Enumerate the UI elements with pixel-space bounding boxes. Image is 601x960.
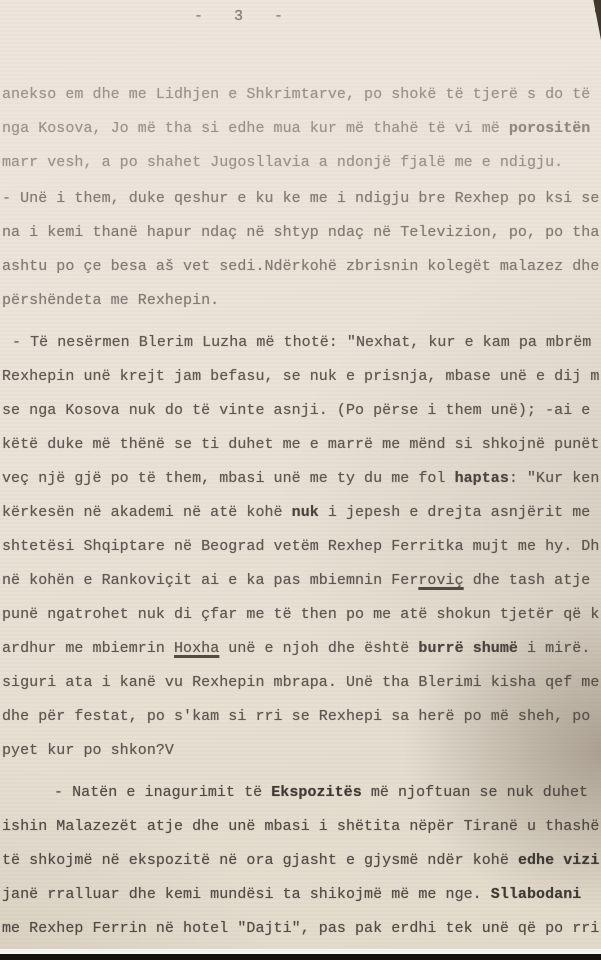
text-line: pyet kur po shkon?V <box>2 734 601 768</box>
text-line: këtë duke më thënë se ti duhet me e marr… <box>2 428 601 462</box>
text-line: - Natën e inagurimit të Ekspozitës më nj… <box>2 776 601 810</box>
paper-edge-mark <box>595 2 600 13</box>
paragraph: - Të nesërmen Blerim Luzha më thotë: "Ne… <box>2 326 601 768</box>
text-line: siguri ata i kanë vu Rexhepin mbrapa. Un… <box>2 666 601 700</box>
text-line: me Rexhep Ferrin në hotel "Dajti", pas p… <box>2 912 601 946</box>
text-line: veç një gjë po të them, mbasi unë me ty … <box>2 462 601 496</box>
scanned-page-photo: - 3 - anekso em dhe me Lidhjen e Shkrimt… <box>0 0 601 960</box>
text-line: në kohën e Rankoviçit ai e ka pas mbiemn… <box>2 564 601 598</box>
text-line: shtetësi Shqiptare në Beograd vetëm Rexh… <box>2 530 601 564</box>
text-line: janë rralluar dhe kemi mundësi ta shikoj… <box>2 878 601 912</box>
text-line: - Të nesërmen Blerim Luzha më thotë: "Ne… <box>2 326 601 360</box>
text-line: përshëndeta me Rexhepin. <box>2 284 601 318</box>
text-line: punë ngatrohet nuk di çfar me të then po… <box>2 598 601 632</box>
text-line: ishin Malazezët atje dhe unë mbasi i shë… <box>2 810 601 844</box>
page-number: - 3 - <box>194 8 292 25</box>
text-line: marr vesh, a po shahet Jugosllavia a ndo… <box>2 146 601 180</box>
document-text-block: anekso em dhe me Lidhjen e Shkrimtarve, … <box>2 78 601 946</box>
paragraph: - Natën e inagurimit të Ekspozitës më nj… <box>2 776 601 946</box>
paragraph: anekso em dhe me Lidhjen e Shkrimtarve, … <box>2 78 601 180</box>
paragraph: - Unë i them, duke qeshur e ku ke me i n… <box>2 182 601 318</box>
text-line: na i kemi thanë hapur ndaç në shtyp ndaç… <box>2 216 601 250</box>
text-line: të shkojmë në ekspozitë në ora gjasht e … <box>2 844 601 878</box>
text-line: kërkesën në akademi në atë kohë nuk i je… <box>2 496 601 530</box>
text-line: se nga Kosova nuk do të vinte asnji. (Po… <box>2 394 601 428</box>
text-line: ashtu po çe besa aš vet sedi.Ndërkohë zb… <box>2 250 601 284</box>
text-line: - Unë i them, duke qeshur e ku ke me i n… <box>2 182 601 216</box>
text-line: anekso em dhe me Lidhjen e Shkrimtarve, … <box>2 78 601 112</box>
text-line: dhe për festat, po s'kam si rri se Rexhe… <box>2 700 601 734</box>
text-line: Rexhepin unë krejt jam befasu, se nuk e … <box>2 360 601 394</box>
text-line: ardhur me mbiemrin Hoxha unë e njoh dhe … <box>2 632 601 666</box>
desk-surface-edge <box>0 954 601 960</box>
text-line: nga Kosova, Jo më tha si edhe mua kur më… <box>2 112 601 146</box>
